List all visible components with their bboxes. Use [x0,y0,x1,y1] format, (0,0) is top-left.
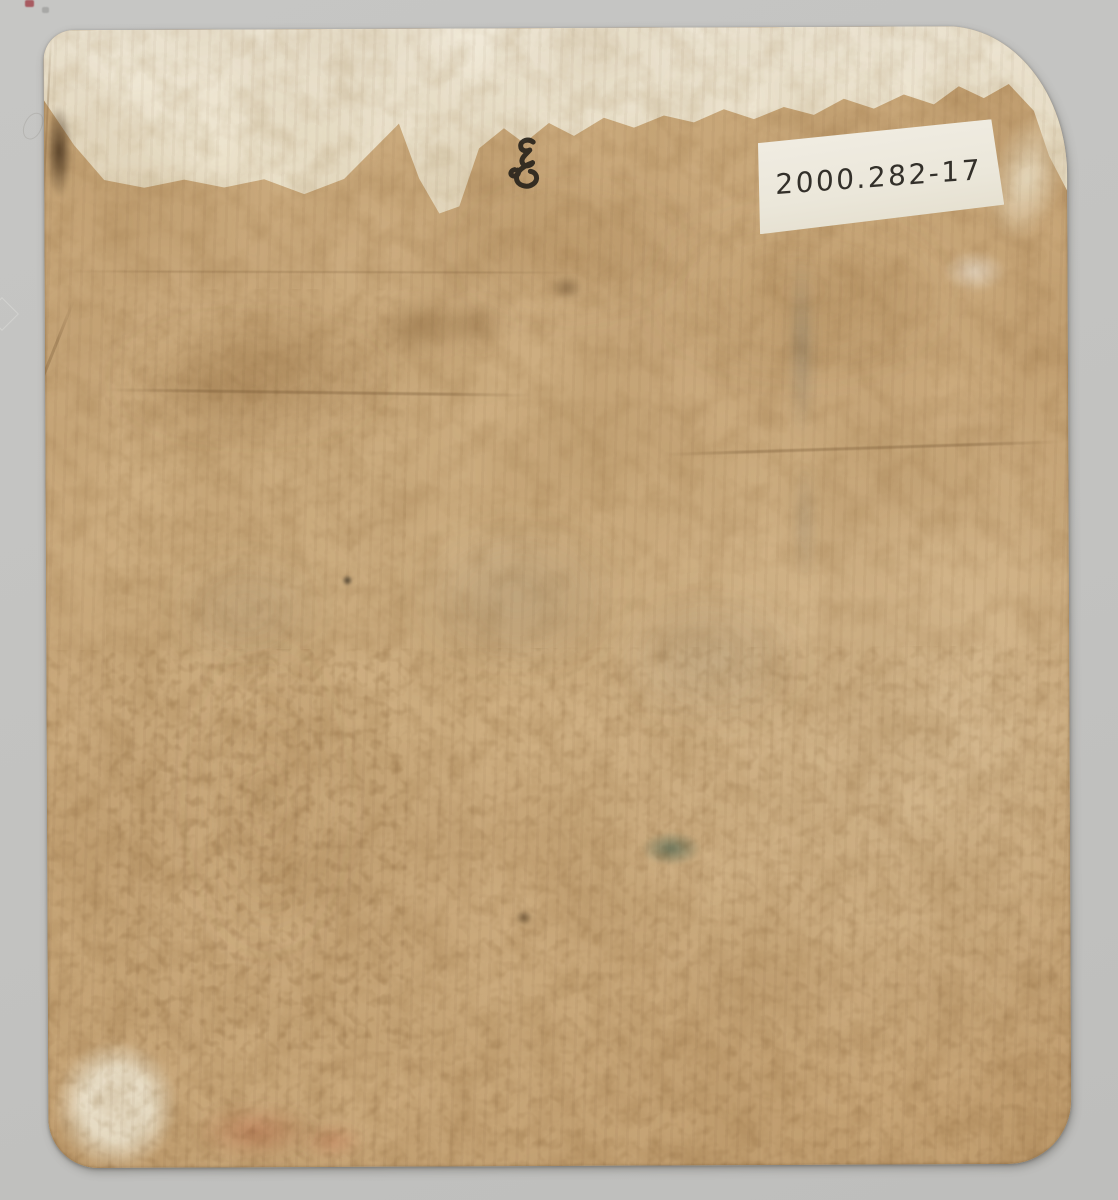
backdrop-pencil-mark [20,110,46,142]
accession-number: 2000.282-17 [775,153,982,201]
backdrop-gray-fleck [42,7,49,13]
backdrop-diamond-mark [0,297,19,331]
manuscript-verso-sheet: 2000.282-17 [44,26,1072,1168]
backdrop-red-fleck [25,0,34,7]
photo-backdrop: 2000.282-17 [0,0,1118,1200]
